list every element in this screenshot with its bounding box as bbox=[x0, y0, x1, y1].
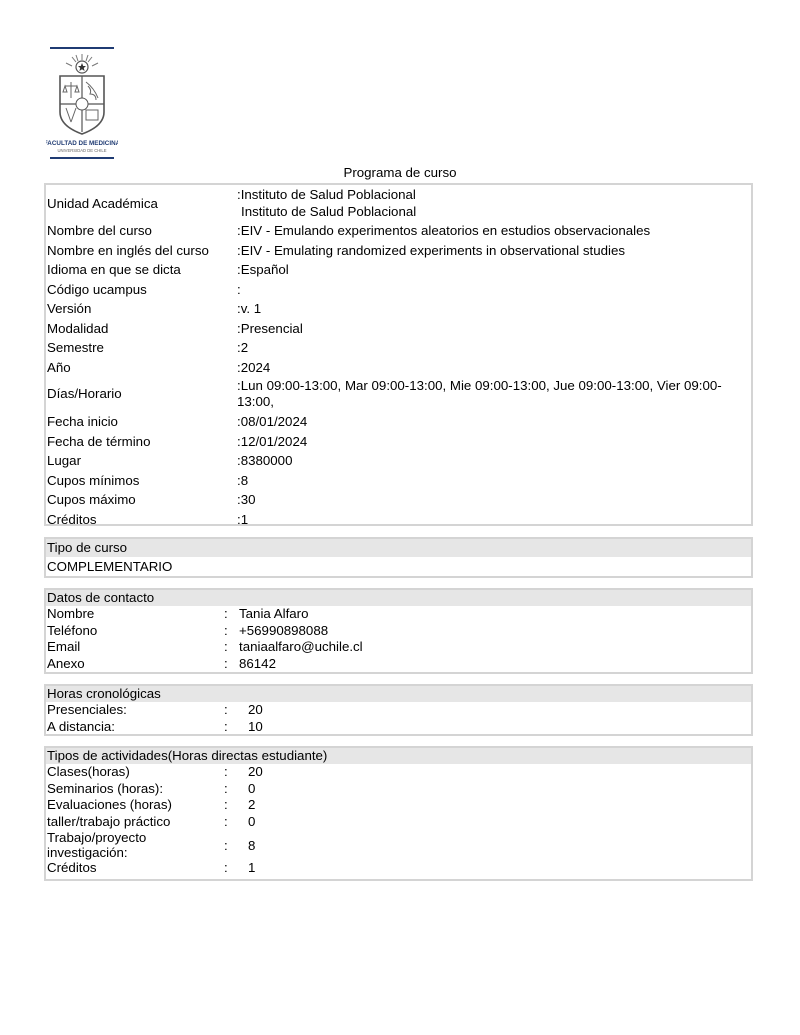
info-row-codigo: Código ucampus: bbox=[46, 280, 751, 300]
contact-row-nombre: Nombre:Tania Alfaro bbox=[46, 606, 751, 623]
info-label: Versión bbox=[46, 299, 237, 319]
info-row-creditos: Créditos:1 bbox=[46, 510, 751, 530]
info-row-version: Versión:v. 1 bbox=[46, 299, 751, 319]
svg-text:FACULTAD DE MEDICINA: FACULTAD DE MEDICINA bbox=[46, 140, 118, 147]
info-value: :8380000 bbox=[237, 451, 751, 471]
info-label: Días/Horario bbox=[46, 386, 237, 402]
info-value: :Español bbox=[237, 260, 751, 280]
info-value: :Instituto de Salud Poblacional Institut… bbox=[237, 186, 751, 220]
info-row-lugar: Lugar:8380000 bbox=[46, 451, 751, 471]
hours-row-presenciales: Presenciales::20 bbox=[46, 702, 751, 719]
info-label: Créditos bbox=[46, 510, 237, 530]
info-row-nombre-ingles: Nombre en inglés del curso:EIV - Emulati… bbox=[46, 241, 751, 261]
contact-section: Datos de contacto Nombre:Tania Alfaro Te… bbox=[44, 588, 753, 674]
info-label: Nombre en inglés del curso bbox=[46, 241, 237, 261]
info-label: Unidad Académica bbox=[46, 195, 237, 212]
info-label: Cupos mínimos bbox=[46, 471, 237, 491]
info-label: Código ucampus bbox=[46, 280, 237, 300]
svg-text:UNIVERSIDAD DE CHILE: UNIVERSIDAD DE CHILE bbox=[57, 148, 106, 153]
info-row-idioma: Idioma en que se dicta:Español bbox=[46, 260, 751, 280]
activity-row-taller: taller/trabajo práctico:0 bbox=[46, 814, 751, 831]
info-value: :EIV - Emulating randomized experiments … bbox=[237, 241, 751, 261]
info-label: Año bbox=[46, 358, 237, 378]
info-row-cupos-minimos: Cupos mínimos:8 bbox=[46, 471, 751, 491]
info-row-modalidad: Modalidad:Presencial bbox=[46, 319, 751, 339]
contact-email-link[interactable]: taniaalfaro@uchile.cl bbox=[239, 639, 751, 656]
info-label: Lugar bbox=[46, 451, 237, 471]
info-value: : bbox=[237, 280, 751, 300]
info-value: :12/01/2024 bbox=[237, 432, 751, 452]
course-info-section: Unidad Académica :Instituto de Salud Pob… bbox=[44, 183, 753, 526]
info-value: :1 bbox=[237, 510, 751, 530]
info-row-semestre: Semestre:2 bbox=[46, 338, 751, 358]
faculty-logo: FACULTAD DE MEDICINA UNIVERSIDAD DE CHIL… bbox=[46, 46, 118, 160]
course-type-value: COMPLEMENTARIO bbox=[46, 557, 751, 576]
info-value: :v. 1 bbox=[237, 299, 751, 319]
hours-header: Horas cronológicas bbox=[46, 686, 751, 702]
info-row-unidad-academica: Unidad Académica :Instituto de Salud Pob… bbox=[46, 185, 751, 221]
info-label: Semestre bbox=[46, 338, 237, 358]
info-row-ano: Año:2024 bbox=[46, 358, 751, 378]
activity-row-seminarios: Seminarios (horas)::0 bbox=[46, 781, 751, 798]
info-label: Idioma en que se dicta bbox=[46, 260, 237, 280]
activity-row-proyecto: Trabajo/proyecto investigación::8 bbox=[46, 830, 751, 860]
info-label: Modalidad bbox=[46, 319, 237, 339]
contact-row-anexo: Anexo:86142 bbox=[46, 656, 751, 673]
info-label: Nombre del curso bbox=[46, 221, 237, 241]
info-label: Fecha inicio bbox=[46, 412, 237, 432]
activity-row-evaluaciones: Evaluaciones (horas):2 bbox=[46, 797, 751, 814]
course-type-section: Tipo de curso COMPLEMENTARIO bbox=[44, 537, 753, 578]
info-row-nombre-curso: Nombre del curso:EIV - Emulando experime… bbox=[46, 221, 751, 241]
info-row-horario: Días/Horario :Lun 09:00-13:00, Mar 09:00… bbox=[46, 377, 751, 412]
info-row-fecha-inicio: Fecha inicio:08/01/2024 bbox=[46, 412, 751, 432]
activities-header: Tipos de actividades(Horas directas estu… bbox=[46, 748, 751, 764]
contact-row-telefono: Teléfono:+56990898088 bbox=[46, 623, 751, 640]
info-value: :08/01/2024 bbox=[237, 412, 751, 432]
info-value: :30 bbox=[237, 490, 751, 510]
activity-row-clases: Clases(horas):20 bbox=[46, 764, 751, 781]
info-row-fecha-termino: Fecha de término:12/01/2024 bbox=[46, 432, 751, 452]
info-value: :2024 bbox=[237, 358, 751, 378]
contact-header: Datos de contacto bbox=[46, 590, 751, 606]
hours-row-distancia: A distancia::10 bbox=[46, 719, 751, 736]
hours-section: Horas cronológicas Presenciales::20 A di… bbox=[44, 684, 753, 736]
activity-row-creditos: Créditos:1 bbox=[46, 860, 751, 877]
info-label: Fecha de término bbox=[46, 432, 237, 452]
info-value: :2 bbox=[237, 338, 751, 358]
activities-section: Tipos de actividades(Horas directas estu… bbox=[44, 746, 753, 881]
document-title: Programa de curso bbox=[0, 165, 800, 180]
info-value: :EIV - Emulando experimentos aleatorios … bbox=[237, 221, 751, 241]
course-type-header: Tipo de curso bbox=[46, 539, 751, 557]
info-value: :Presencial bbox=[237, 319, 751, 339]
contact-row-email: Email:taniaalfaro@uchile.cl bbox=[46, 639, 751, 656]
info-value: :Lun 09:00-13:00, Mar 09:00-13:00, Mie 0… bbox=[237, 378, 751, 410]
info-row-cupos-maximo: Cupos máximo:30 bbox=[46, 490, 751, 510]
info-value: :8 bbox=[237, 471, 751, 491]
info-label: Cupos máximo bbox=[46, 490, 237, 510]
university-crest-icon: FACULTAD DE MEDICINA UNIVERSIDAD DE CHIL… bbox=[46, 46, 118, 160]
